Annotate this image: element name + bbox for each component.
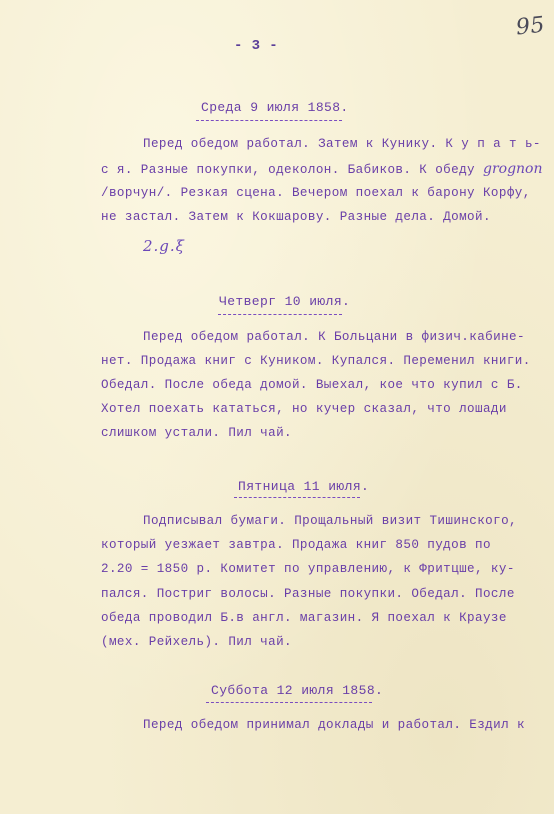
- heading-underline: [206, 702, 372, 703]
- document-page: 95 - 3 - Среда 9 июля 1858. Перед обедом…: [0, 0, 554, 814]
- entry-line: Перед обедом принимал доклады и работал.…: [143, 718, 525, 732]
- folio-number: 95: [515, 13, 546, 41]
- entry-line: обеда проводил Б.в англ. магазин. Я поех…: [101, 611, 507, 625]
- entry-line: нет. Продажа книг с Куником. Купался. Пе…: [101, 354, 531, 368]
- entry-heading-saturday: Суббота 12 июля 1858.: [211, 683, 383, 698]
- entry-line: Перед обедом работал. Затем к Кунику. К …: [143, 137, 541, 151]
- entry-line: 2.20 = 1850 р. Комитет по управлению, к …: [101, 562, 515, 576]
- entry-line: Подписывал бумаги. Прощальный визит Тиши…: [143, 514, 517, 528]
- handwritten-word: grognon: [483, 161, 543, 177]
- heading-underline: [218, 314, 342, 315]
- entry-line-text: с я. Разные покупки, одеколон. Бабиков. …: [101, 163, 475, 177]
- handwritten-note: 2.g.ξ: [143, 237, 185, 255]
- entry-line: пался. Постриг волосы. Разные покупки. О…: [101, 587, 515, 601]
- entry-line: Хотел поехать кататься, но кучер сказал,…: [101, 402, 507, 416]
- page-number: - 3 -: [234, 38, 278, 54]
- heading-underline: [234, 497, 360, 498]
- entry-heading-thursday: Четверг 10 июля.: [219, 294, 350, 309]
- entry-line: не застал. Затем к Кокшарову. Разные дел…: [101, 210, 491, 224]
- entry-line: Обедал. После обеда домой. Выехал, кое ч…: [101, 378, 523, 392]
- entry-line: /ворчун/. Резкая сцена. Вечером поехал к…: [101, 186, 531, 200]
- entry-heading-friday: Пятница 11 июля.: [238, 479, 369, 494]
- entry-line: (мех. Рейхель). Пил чай.: [101, 635, 292, 649]
- entry-heading-wednesday: Среда 9 июля 1858.: [201, 100, 349, 115]
- entry-line: который уезжает завтра. Продажа книг 850…: [101, 538, 491, 552]
- heading-underline: [196, 120, 342, 121]
- entry-line: Перед обедом работал. К Больцани в физич…: [143, 330, 525, 344]
- entry-line: слишком устали. Пил чай.: [101, 426, 292, 440]
- entry-line: с я. Разные покупки, одеколон. Бабиков. …: [101, 161, 543, 177]
